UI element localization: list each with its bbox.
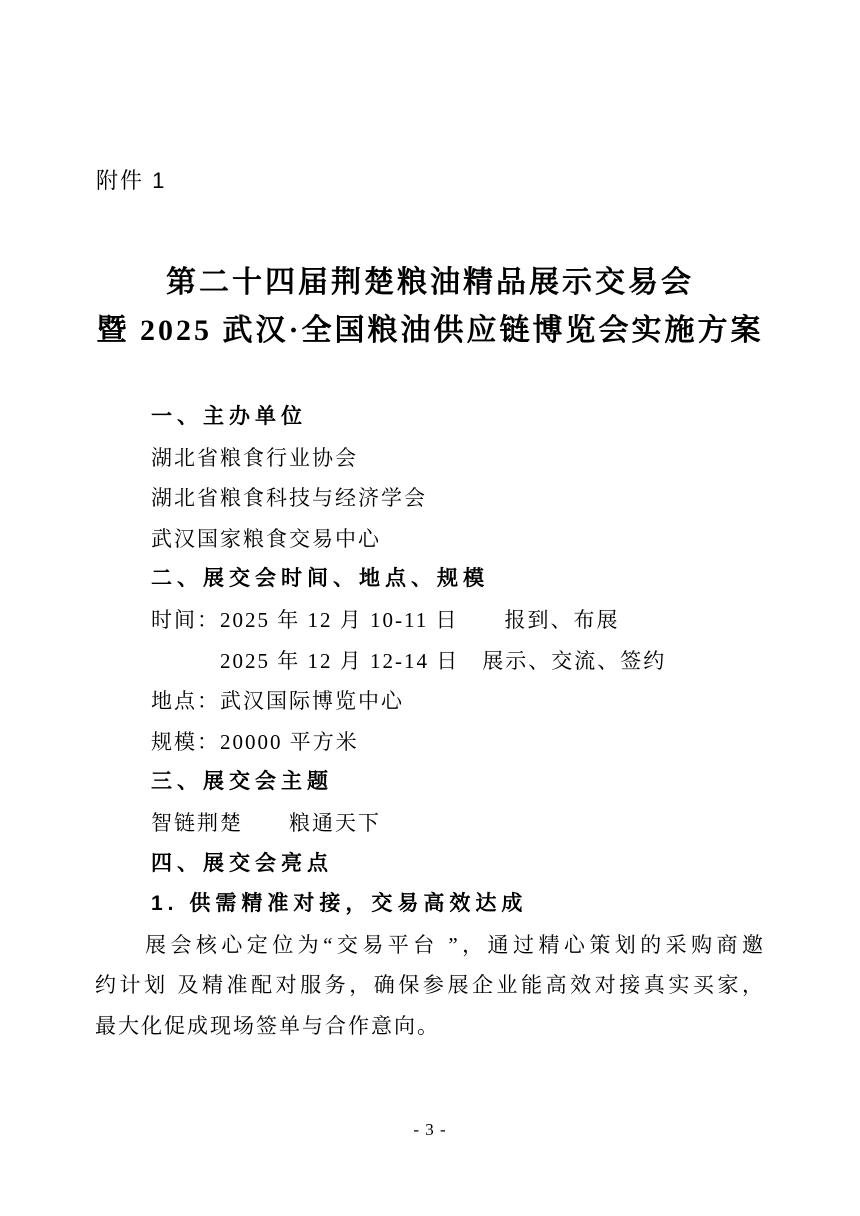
organizer-item-3: 武汉国家粮食交易中心	[95, 519, 765, 560]
title-line-1: 第二十四届荆楚粮油精品展示交易会	[0, 259, 860, 307]
section-3-heading: 三、展交会主题	[95, 762, 765, 803]
organizer-item-1: 湖北省粮食行业协会	[95, 438, 765, 479]
attachment-label: 附件 1	[96, 164, 166, 195]
document-page: 附件 1 第二十四届荆楚粮油精品展示交易会 暨 2025 武汉·全国粮油供应链博…	[0, 0, 860, 1216]
time-line-1: 时间：2025 年 12 月 10-11 日 报到、布展	[95, 600, 765, 641]
section-4-heading: 四、展交会亮点	[95, 844, 765, 885]
organizer-item-2: 湖北省粮食科技与经济学会	[95, 478, 765, 519]
page-number: - 3 -	[0, 1120, 860, 1140]
document-title: 第二十四届荆楚粮油精品展示交易会 暨 2025 武汉·全国粮油供应链博览会实施方…	[0, 259, 860, 355]
highlight-1-paragraph-line-2: 约计划 及精准配对服务，确保参展企业能高效对接真实买家，	[95, 965, 765, 1006]
section-2-heading: 二、展交会时间、地点、规模	[95, 559, 765, 600]
scale-line: 规模：20000 平方米	[95, 722, 765, 763]
highlight-1-paragraph-line-3: 最大化促成现场签单与合作意向。	[95, 1006, 765, 1047]
title-line-2: 暨 2025 武汉·全国粮油供应链博览会实施方案	[0, 307, 860, 355]
highlight-1-heading: 1. 供需精准对接，交易高效达成	[95, 884, 765, 925]
highlight-1-paragraph-line-1: 展会核心定位为“交易平台 ”，通过精心策划的采购商邀	[95, 925, 765, 966]
theme-line: 智链荆楚 粮通天下	[95, 803, 765, 844]
location-line: 地点：武汉国际博览中心	[95, 681, 765, 722]
section-1-heading: 一、主办单位	[95, 397, 765, 438]
time-line-2: 2025 年 12 月 12-14 日 展示、交流、签约	[95, 641, 765, 682]
document-body: 一、主办单位 湖北省粮食行业协会 湖北省粮食科技与经济学会 武汉国家粮食交易中心…	[95, 397, 765, 1047]
